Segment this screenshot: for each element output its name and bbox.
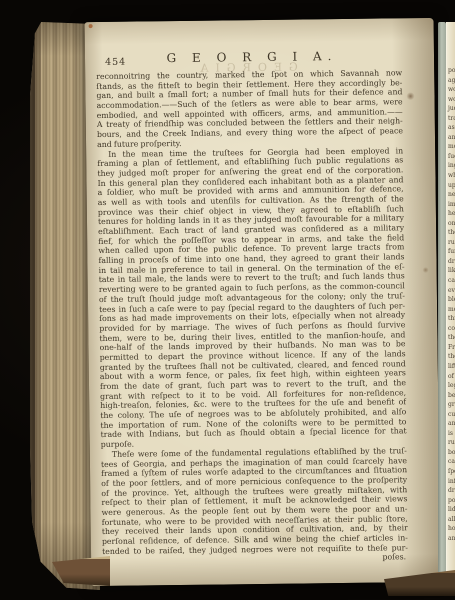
facing-text-fragment: negroe [447, 190, 455, 200]
facing-text-fragment: ever [447, 286, 455, 296]
facing-text-fragment: all [447, 515, 455, 525]
facing-text-fragment: like o [447, 266, 455, 276]
facing-text-fragment: as intr [447, 123, 455, 133]
facing-text-fragment: would [447, 95, 455, 105]
facing-text-fragment: pol [447, 496, 455, 506]
facing-text-fragment: lift [447, 362, 455, 372]
facing-text-fragment: comm [447, 324, 455, 334]
facing-text-fragment: bor [447, 448, 455, 458]
facing-text-fragment: culti [447, 410, 455, 420]
facing-text-fragment: leg- [447, 381, 455, 391]
facing-text-fragment: rum, [447, 238, 455, 248]
facing-text-fragment: who ſe [447, 171, 455, 181]
page-corner-speck [89, 24, 93, 28]
facing-text-fragment: heavy [447, 209, 455, 219]
facing-text-fragment: run [447, 438, 455, 448]
facing-text-fragment: caſe [447, 457, 455, 467]
facing-text-fragment: ing the [447, 161, 455, 171]
facing-text-fragment: is to [447, 429, 455, 439]
facing-text-fragment: Fro [447, 343, 455, 353]
facing-text-fragment: hor [447, 524, 455, 534]
facing-text-fragment: of th [447, 372, 455, 382]
book-page: 454 GEORGIA G E O R G I A. reconnoitring… [85, 18, 441, 586]
facing-text-fragment: againſt [447, 76, 455, 86]
facing-text-fragment: and [447, 534, 455, 544]
facing-text-fragment: inf [447, 477, 455, 487]
page-header: 454 GEORGIA G E O R G I A. [96, 48, 402, 71]
facing-text-fragment: drink [447, 257, 455, 267]
book-photo: 454 GEORGIA G E O R G I A. reconnoitring… [0, 0, 455, 600]
facing-text-fragment: fund [447, 247, 455, 257]
facing-text-fragment: ſuch fe [447, 152, 455, 162]
facing-text-fragment: and [447, 419, 455, 429]
facing-text-fragment: judged [447, 104, 455, 114]
paragraph: In the mean time the truſtees for Georgi… [97, 146, 407, 450]
facing-text-fragment: gran [447, 400, 455, 410]
facing-text-fragment: captur [447, 276, 455, 286]
paragraph: reconnoitring the country, marked the ſp… [96, 68, 403, 149]
facing-text-fragment: their [447, 228, 455, 238]
body-text: reconnoitring the country, marked the ſp… [96, 68, 408, 556]
facing-text-fragment: and co [447, 133, 455, 143]
facing-text-fragment: dri [447, 486, 455, 496]
facing-text-fragment: throu [447, 314, 455, 324]
facing-text-fragment: lid [447, 505, 455, 515]
facing-page-fragments: poſes.againſtwouldwouldjudgedtradeas int… [447, 66, 455, 543]
facing-text-fragment: the [447, 352, 455, 362]
facing-text-fragment: be ob [447, 391, 455, 401]
facing-text-fragment: trade [447, 114, 455, 124]
page-marker-ribbon [438, 22, 446, 586]
facing-text-fragment: would [447, 85, 455, 95]
facing-text-fragment: poſes. [447, 66, 455, 76]
facing-text-fragment: import [447, 200, 455, 210]
facing-text-fragment: ble. [447, 295, 455, 305]
paragraph: Theſe were ſome of the fundamental regul… [101, 446, 408, 556]
facing-page-sliver: poſes.againſtwouldwouldjudgedtradeas int… [446, 22, 455, 574]
facing-text-fragment: only d [447, 219, 455, 229]
facing-text-fragment: upon [447, 181, 455, 191]
page-content: 454 GEORGIA G E O R G I A. reconnoitring… [96, 48, 408, 566]
facing-text-fragment: they [447, 333, 455, 343]
facing-text-fragment: ſpec [447, 467, 455, 477]
facing-text-fragment: motive [447, 142, 455, 152]
facing-text-fragment: moſt [447, 305, 455, 315]
facing-page-margin [447, 22, 455, 66]
